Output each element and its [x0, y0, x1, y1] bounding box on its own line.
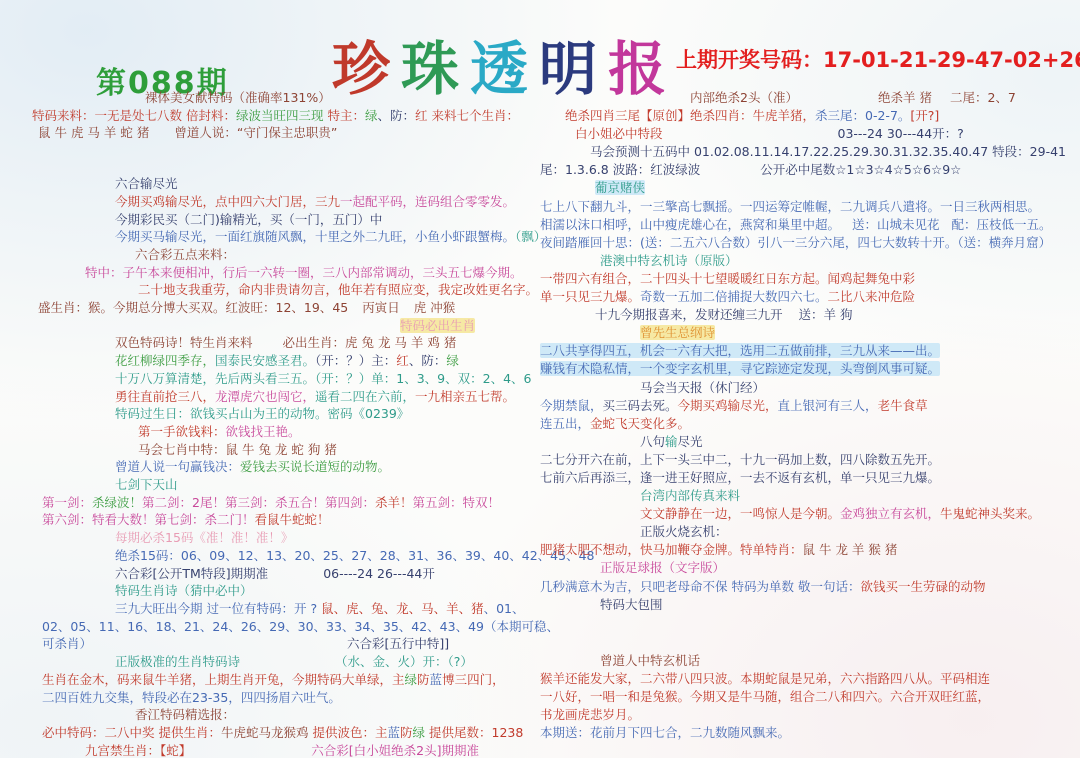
- text-segment: 七上八下翻九斗，一三擎高七飘摇。一四运筹定帷幄，二九调兵八遣将。一日三秋两相思。: [540, 199, 1040, 214]
- text-segment: 特中：子午本来便相冲，行后一六转一圈，三八内部常调动，三头五七爆今期。: [85, 265, 523, 280]
- text-segment: 鼠 牛 龙 羊 猴 猪: [803, 542, 898, 557]
- text-segment: 相濡以沫口相呼，山中瘦虎雄心在，燕窝和巢里中超。: [540, 217, 840, 232]
- text-segment: 买三码去死。: [603, 398, 678, 413]
- text-segment: 书龙画虎悲岁月。: [540, 707, 640, 722]
- text-line: 七剑下天山: [30, 476, 540, 494]
- text-segment: 提供波色：主: [309, 725, 388, 740]
- text-line: 书龙画虎悲岁月。: [540, 706, 1080, 724]
- text-segment: 金蛇飞天变化多。: [590, 416, 690, 431]
- text-segment: 金鸡独立有玄机，: [840, 506, 940, 521]
- text-segment: 绝杀羊 猪: [878, 90, 932, 105]
- text-line: 第一剑：杀绿波！第二剑：2尾！第三剑：杀五合！第四剑：杀羊！第五剑：特双！: [30, 494, 540, 512]
- text-segment: 送：山城未见花: [852, 217, 940, 232]
- text-segment: 今期彩民买（二门)输精光，买（一门，五门）中: [115, 212, 382, 227]
- text-line: 肥猪太肥不想动，快马加鞭夺金牌。特单特肖：鼠 牛 龙 羊 猴 猪: [540, 541, 1080, 559]
- text-line: 二七分开六在前，上下一头三中二，十九一码加上数，四八除数五先开。: [540, 451, 1080, 469]
- text-line: 必中特码：二八中奖 提供生肖：牛虎蛇马龙猴鸡 提供波色：主蓝防绿 提供尾数：12…: [30, 724, 540, 742]
- text-segment: 杀绿波！: [92, 495, 142, 510]
- left-column: 裸体美女献特码（准确率131%）特码来料：一无是处七八数 倍封料：绿波当旺四三现…: [30, 89, 540, 758]
- text-segment: 红: [396, 353, 409, 368]
- text-segment: 六合输尽光: [115, 176, 178, 191]
- text-segment: 葡京赌侠: [595, 180, 645, 195]
- text-segment: 送：羊 狗: [799, 307, 853, 322]
- text-segment: 第五剑：特双！: [413, 495, 501, 510]
- text-line: 三九大旺出今期 过一位有特码：开 ? 鼠、虎、兔、龙、马、羊、猪、01、: [30, 600, 540, 618]
- text-line: 连五出，金蛇飞天变化多。: [540, 415, 1080, 433]
- text-segment: 爱钱去买说长道短的动物。: [240, 459, 390, 474]
- text-segment: 蓝: [430, 672, 443, 687]
- text-line: 曾道人中特玄机话: [540, 652, 1080, 670]
- text-segment: 曾道人中特玄机话: [600, 653, 700, 668]
- text-segment: 03---24 30---44开：?: [838, 126, 964, 141]
- text-segment: 马会七肖中特：鼠 牛 兔 龙 蛇 狗 猪: [138, 442, 337, 457]
- text-segment: 奇数一五加二倍捕捉大数四六七。: [640, 289, 828, 304]
- text-line: 尾：1.3.6.8 波路：红波绿波公开必中尾数☆1☆3☆4☆5☆6☆9☆: [540, 161, 1080, 179]
- text-segment: 、01、: [484, 601, 525, 616]
- text-line: 特码生肖诗（猜中必中）: [30, 582, 540, 600]
- text-segment: （水、金、火）开：（?）: [335, 654, 473, 669]
- text-segment: 六合彩五点来料：: [135, 247, 235, 262]
- text-segment: 杀三尾：0-2-7。: [815, 108, 910, 123]
- text-line: 盛生肖：猴。今期总分博大买双。红波旺：12、19、45丙寅日虎 冲猴: [30, 299, 540, 317]
- text-segment: 连五出，: [540, 416, 590, 431]
- newspaper-page: 第088期 珍珠透明报 上期开奖号码：17-01-21-29-47-02+26 …: [0, 0, 1080, 758]
- text-segment: 赚钱有术隐私情，一个变字玄机里，寻它踪迹定发现，头弯倒风事可疑。: [540, 361, 940, 376]
- text-line: 相濡以沫口相呼，山中瘦虎雄心在，燕窝和巢里中超。送：山城未见花配：压枝低一五。: [540, 216, 1080, 234]
- text-segment: 绿波当旺四三现: [236, 108, 324, 123]
- text-segment: 生肖在金木，码来鼠牛羊猪，上期生肖开兔，今期特码大单绿，主: [42, 672, 405, 687]
- text-line: 今期彩民买（二门)输精光，买（一门，五门）中: [30, 211, 540, 229]
- text-line: 台湾内部传真来料: [540, 487, 1080, 505]
- text-line: 马会七肖中特：鼠 牛 兔 龙 蛇 狗 猪: [30, 441, 540, 459]
- text-line: 正版火烧玄机：: [540, 523, 1080, 541]
- text-segment: 尾：1.3.6.8 波路：红波绿波: [540, 162, 700, 177]
- text-segment: 曾道人说一句赢钱决：: [115, 459, 240, 474]
- text-segment: 白小姐必中特段: [575, 126, 663, 141]
- text-segment: 特码大包围: [600, 597, 663, 612]
- text-line: 六合彩[公开TM特段]期期准06----24 26---44开: [30, 565, 540, 583]
- text-segment: 二十地支我重劳，命内非贵请勿言，他年若有照应变，我定改姓更名字。: [138, 282, 538, 297]
- text-line: 二十地支我重劳，命内非贵请勿言，他年若有照应变，我定改姓更名字。: [30, 281, 540, 299]
- text-segment: 勇往直前抢三八，: [115, 389, 215, 404]
- text-segment: 公开必中尾数☆1☆3☆4☆5☆6☆9☆: [760, 162, 961, 177]
- text-segment: 正版极准的生肖特码诗: [115, 654, 240, 669]
- text-segment: 06----24 26---44开: [323, 566, 435, 581]
- text-line: 赚钱有术隐私情，一个变字玄机里，寻它踪迹定发现，头弯倒风事可疑。: [540, 360, 1080, 378]
- text-segment: 直上银河有三人，: [778, 398, 878, 413]
- text-line: 六合输尽光: [30, 175, 540, 193]
- text-line: 绝杀四肖三尾【原创】绝杀四肖：牛虎羊猪，杀三尾：0-2-7。[开?]: [540, 107, 1080, 125]
- text-segment: 鼠 牛 虎 马 羊 蛇 猪: [38, 125, 149, 140]
- text-segment: 龙潭虎穴也闯它，: [215, 389, 315, 404]
- text-line: 马会预测十五码中 01.02.08.11.14.17.22.25.29.30.3…: [540, 143, 1080, 161]
- text-segment: 牛虎蛇马龙猴鸡: [221, 725, 309, 740]
- text-segment: 香江特码精选报：: [135, 707, 235, 722]
- text-segment: 欲钱找王艳。: [226, 424, 301, 439]
- text-line: 二八共享得四五，机会一六有大把，选用二五做前排，三九从来——出。: [540, 342, 1080, 360]
- text-line: 曾先生总纲诗: [540, 324, 1080, 342]
- text-line: 猴羊还能发大家，二六带八四只波。本期蛇鼠是兄弟，六六指路四八从。平码相连: [540, 670, 1080, 688]
- text-segment: 台湾内部传真来料: [640, 488, 740, 503]
- text-line: 六合彩五点来料：: [30, 246, 540, 264]
- text-segment: 今期买马输尽光，一面红旗随风飘，十里之外二九旺，小鱼小虾跟蟹梅。: [115, 229, 515, 244]
- text-segment: 欲钱买一生劳碌的动物: [860, 579, 985, 594]
- text-line: 02、05、11、16、18、21、24、26、29、30、33、34、35、4…: [30, 618, 540, 636]
- text-segment: 马会当天报（休门经）: [640, 380, 765, 395]
- text-segment: 、防：: [409, 353, 447, 368]
- text-segment: 绿: [365, 108, 378, 123]
- text-segment: 肥猪太肥不想动，快马加鞭夺金牌。特单特肖：: [540, 542, 803, 557]
- text-segment: 必中特码：二八中奖 提供生肖：: [42, 725, 221, 740]
- text-segment: 02、05、11、16、18、21、24、26、29、30、33、34、35、4…: [42, 619, 559, 634]
- text-segment: 猴羊还能发大家，二六带八四只波。本期蛇鼠是兄弟，六六指路四八从。平码相连: [540, 671, 990, 686]
- text-segment: 十九今期报喜来，发财还缠三九开: [595, 307, 783, 322]
- text-segment: 十万八万算清楚，先后两头看三五。（开：？）单：1、3、9、双：2、4、6: [115, 371, 531, 386]
- text-segment: 六合彩[五行中特]]: [347, 636, 449, 651]
- text-segment: 一起配平码，连码组合零零发。: [340, 194, 515, 209]
- text-segment: 绝杀四肖三尾【原创】绝杀四肖：牛虎羊猪，: [565, 108, 815, 123]
- text-segment: 文文静静在一边，一鸣惊人是今朝。: [640, 506, 840, 521]
- text-segment: 今期禁鼠，: [540, 398, 603, 413]
- text-line: 每期必杀15码《准！准！准！》: [30, 529, 540, 547]
- text-line: 十九今期报喜来，发财还缠三九开送：羊 狗: [540, 306, 1080, 324]
- text-segment: 港澳中特玄机诗（原版）: [600, 253, 738, 268]
- text-segment: 第二剑：2尾！第三剑：杀五合！第四剑：: [142, 495, 375, 510]
- text-line: 正版足球报（文字版）: [540, 559, 1080, 577]
- text-segment: 绝杀15码：06、09、12、13、20、25、27、28、31、36、39、4…: [115, 548, 595, 563]
- text-segment: 丙寅日: [362, 300, 400, 315]
- text-line: 生肖在金木，码来鼠牛羊猪，上期生肖开兔，今期特码大单绿，主绿防蓝博三四门，: [30, 671, 540, 689]
- text-segment: [开?]: [910, 108, 939, 123]
- text-segment: 八句: [640, 434, 665, 449]
- text-segment: 第一剑：: [42, 495, 92, 510]
- text-segment: 裸体美女献特码（准确率131%）: [145, 90, 331, 105]
- text-line: 今期禁鼠，买三码去死。今期买鸡输尽光，直上银河有三人，老牛食草: [540, 397, 1080, 415]
- text-line: 花红柳绿四季存，国泰民安感圣君。（开：？）主：红、防：绿: [30, 352, 540, 370]
- text-segment: 双色特码诗！特生肖来料: [115, 335, 253, 350]
- text-line: 几秒满意木为吉，只吧老母命不保 特码为单数 敬一句话：欲钱买一生劳碌的动物: [540, 578, 1080, 596]
- text-segment: 每期必杀15码《准！准！准！》: [115, 530, 293, 545]
- text-line: 特码来料：一无是处七八数 倍封料：绿波当旺四三现 特主：绿、防：红 来料七个生肖…: [30, 107, 540, 125]
- text-segment: 看鼠牛蛇蛇！: [255, 512, 330, 527]
- text-segment: 曾道人说：“守门保主忠职贵”: [174, 125, 337, 140]
- text-segment: 特主：: [324, 108, 365, 123]
- text-segment: 尽光: [678, 434, 703, 449]
- text-segment: 绿: [413, 725, 426, 740]
- text-line: 葡京赌侠: [540, 179, 1080, 197]
- text-segment: 必出生肖：虎 兔 龙 马 羊 鸡 猪: [283, 335, 457, 350]
- text-segment: 花红柳绿四季存，: [115, 353, 215, 368]
- text-line: 特码大包围: [540, 596, 1080, 614]
- text-line: 内部绝杀2头（准）绝杀羊 猪二尾：2、7: [540, 89, 1080, 107]
- text-line: 夜间踏雁回十思：(送：二五六八合数）引八一三分六尾，四七大数转十开。（送：横奔月…: [540, 234, 1080, 252]
- text-segment: 配：压枝低一五。: [952, 217, 1052, 232]
- text-segment: 特码生肖诗（猜中必中）: [115, 583, 253, 598]
- text-segment: 防: [400, 725, 413, 740]
- text-line: 双色特码诗！特生肖来料必出生肖：虎 兔 龙 马 羊 鸡 猪: [30, 334, 540, 352]
- text-line: 可杀肖）六合彩[五行中特]]: [30, 635, 540, 653]
- text-segment: 今期买鸡输尽光，: [678, 398, 778, 413]
- text-segment: 鼠、虎、兔、龙、马、羊、猪: [321, 601, 484, 616]
- text-segment: 二比八来冲危险: [828, 289, 916, 304]
- text-line: 单一只见三九爆。奇数一五加二倍捕捉大数四六七。二比八来冲危险: [540, 288, 1080, 306]
- text-line: 一带四六有组合，二十四头十七望暖暖红日东方起。闻鸡起舞兔中彩: [540, 270, 1080, 288]
- text-segment: 、防：: [378, 108, 416, 123]
- text-segment: 特码来料：一无是处七八数 倍封料：: [32, 108, 236, 123]
- text-segment: 防: [417, 672, 430, 687]
- text-line: 九宫禁生肖：【蛇】六合彩[白小姐绝杀2头]期期准: [30, 742, 540, 758]
- text-line: 裸体美女献特码（准确率131%）: [30, 89, 540, 107]
- text-segment: 来料七个生肖：: [428, 108, 519, 123]
- text-segment: 二七分开六在前，上下一头三中二，十九一码加上数，四八除数五先开。: [540, 452, 940, 467]
- text-segment: 输: [665, 434, 678, 449]
- text-segment: 几秒满意木为吉，只吧老母命不保 特码为单数 敬一句话：: [540, 579, 860, 594]
- text-line: 马会当天报（休门经）: [540, 379, 1080, 397]
- text-segment: 一带四六有组合，二十四头十七望暖暖红日东方起。: [540, 271, 828, 286]
- text-line: 港澳中特玄机诗（原版）: [540, 252, 1080, 270]
- text-segment: 六合彩[公开TM特段]期期准: [115, 566, 268, 581]
- text-segment: 正版足球报（文字版）: [600, 560, 725, 575]
- text-segment: 内部绝杀2头（准）: [690, 90, 798, 105]
- text-segment: 绿: [446, 353, 459, 368]
- text-line: 曾道人说一句赢钱决：爱钱去买说长道短的动物。: [30, 458, 540, 476]
- text-line: 白小姐必中特段03---24 30---44开：?: [540, 125, 1080, 143]
- text-line: 本期送：花前月下四七合，二九数随风飘来。: [540, 724, 1080, 742]
- text-segment: 三九大旺出今期 过一位有特码：开 ?: [115, 601, 321, 616]
- text-line: 香江特码精选报：: [30, 706, 540, 724]
- last-draw-numbers: 上期开奖号码：17-01-21-29-47-02+26: [676, 44, 1080, 74]
- text-segment: 二尾：2、7: [950, 90, 1016, 105]
- text-line: 今期买马输尽光，一面红旗随风飘，十里之外二九旺，小鱼小虾跟蟹梅。（飘）: [30, 228, 540, 246]
- text-line: 一八好，一唱一和是兔猴。今期又是牛马随，组合二八和四六。六合开双旺红蓝，: [540, 688, 1080, 706]
- text-segment: 特码必出生肖: [400, 318, 475, 333]
- text-line: 勇往直前抢三八，龙潭虎穴也闯它，遥看二四在六前，一九相亲五七帮。: [30, 388, 540, 406]
- text-segment: 本期送：花前月下四七合，二九数随风飘来。: [540, 725, 790, 740]
- text-line: 第六剑：特看大数！第七剑：杀二门！看鼠牛蛇蛇！: [30, 511, 540, 529]
- text-line: 特码必出生肖: [30, 317, 540, 335]
- text-segment: 二四百姓九交集，特段必在23-35，四四扬眉六吐气。: [42, 690, 341, 705]
- text-segment: 二八共享得四五，机会一六有大把，选用二五做前排，三九从来——出。: [540, 343, 940, 358]
- text-segment: 国泰民安感圣君。: [215, 353, 315, 368]
- text-segment: 闻鸡起舞兔中彩: [828, 271, 916, 286]
- text-line: 文文静静在一边，一鸣惊人是今朝。金鸡独立有玄机，牛鬼蛇神头奖来。: [540, 505, 1080, 523]
- text-segment: 马会预测十五码中 01.02.08.11.14.17.22.25.29.30.3…: [590, 144, 1066, 159]
- text-segment: 正版火烧玄机：: [640, 524, 728, 539]
- text-line: 正版极准的生肖特码诗（水、金、火）开：（?）: [30, 653, 540, 671]
- text-segment: 曾先生总纲诗: [640, 325, 715, 340]
- text-segment: 牛鬼蛇神头奖来。: [940, 506, 1040, 521]
- text-segment: 第六剑：特看大数！第七剑：杀二门！: [42, 512, 255, 527]
- text-segment: 虎 冲猴: [414, 300, 455, 315]
- text-line: 特码过生日：欲钱买占山为王的动物。密码《0239》: [30, 405, 540, 423]
- text-segment: 九宫禁生肖：【蛇】: [85, 743, 191, 758]
- text-segment: 单一只见三九爆。: [540, 289, 640, 304]
- text-line: 今期买鸡输尽光，点中四六大门居，三九一起配平码，连码组合零零发。: [30, 193, 540, 211]
- text-segment: 老牛食草: [878, 398, 928, 413]
- text-segment: 杀羊！: [375, 495, 413, 510]
- text-line: 二四百姓九交集，特段必在23-35，四四扬眉六吐气。: [30, 689, 540, 707]
- text-line: 七上八下翻九斗，一三擎高七飘摇。一四运筹定帷幄，二九调兵八遣将。一日三秋两相思。: [540, 198, 1080, 216]
- text-line: 第一手欲钱料：欲钱找王艳。: [30, 423, 540, 441]
- text-segment: 遥看二四在六前，: [315, 389, 415, 404]
- text-line: 七前六后再添三，逢一进王好照应，一去不返有玄机，单一只见三九爆。: [540, 469, 1080, 487]
- text-segment: 提供尾数：1238: [425, 725, 523, 740]
- text-segment: 博三四门，: [442, 672, 505, 687]
- text-segment: （开：？）主：: [315, 353, 396, 368]
- text-segment: 蓝: [387, 725, 400, 740]
- text-segment: 盛生肖：猴。今期总分博大买双。红波旺：12、19、45: [38, 300, 348, 315]
- text-segment: 七剑下天山: [115, 477, 178, 492]
- text-segment: 夜间踏雁回十思：(送：二五六八合数）引八一三分六尾，四七大数转十开。（送：横奔月…: [540, 235, 1051, 250]
- text-segment: 今期买鸡输尽光，点中四六大门居，三九: [115, 194, 340, 209]
- right-column: 内部绝杀2头（准）绝杀羊 猪二尾：2、7绝杀四肖三尾【原创】绝杀四肖：牛虎羊猪，…: [540, 89, 1080, 742]
- text-segment: 六合彩[白小姐绝杀2头]期期准: [311, 743, 479, 758]
- text-segment: 第一手欲钱料：: [138, 424, 226, 439]
- text-line: 鼠 牛 虎 马 羊 蛇 猪曾道人说：“守门保主忠职贵”: [30, 124, 540, 142]
- text-segment: 绿: [405, 672, 418, 687]
- text-line: 八句输尽光: [540, 433, 1080, 451]
- text-line: 十万八万算清楚，先后两头看三五。（开：？）单：1、3、9、双：2、4、6: [30, 370, 540, 388]
- text-segment: 特码过生日：欲钱买占山为王的动物。密码《0239》: [115, 406, 409, 421]
- text-segment: 一八好，一唱一和是兔猴。今期又是牛马随，组合二八和四六。六合开双旺红蓝，: [540, 689, 990, 704]
- text-line: 特中：子午本来便相冲，行后一六转一圈，三八内部常调动，三头五七爆今期。: [30, 264, 540, 282]
- text-segment: 七前六后再添三，逢一进王好照应，一去不返有玄机，单一只见三九爆。: [540, 470, 940, 485]
- text-segment: 红: [415, 108, 428, 123]
- text-line: 绝杀15码：06、09、12、13、20、25、27、28、31、36、39、4…: [30, 547, 540, 565]
- text-segment: 一九相亲五七帮。: [415, 389, 515, 404]
- text-segment: 可杀肖）: [42, 636, 92, 651]
